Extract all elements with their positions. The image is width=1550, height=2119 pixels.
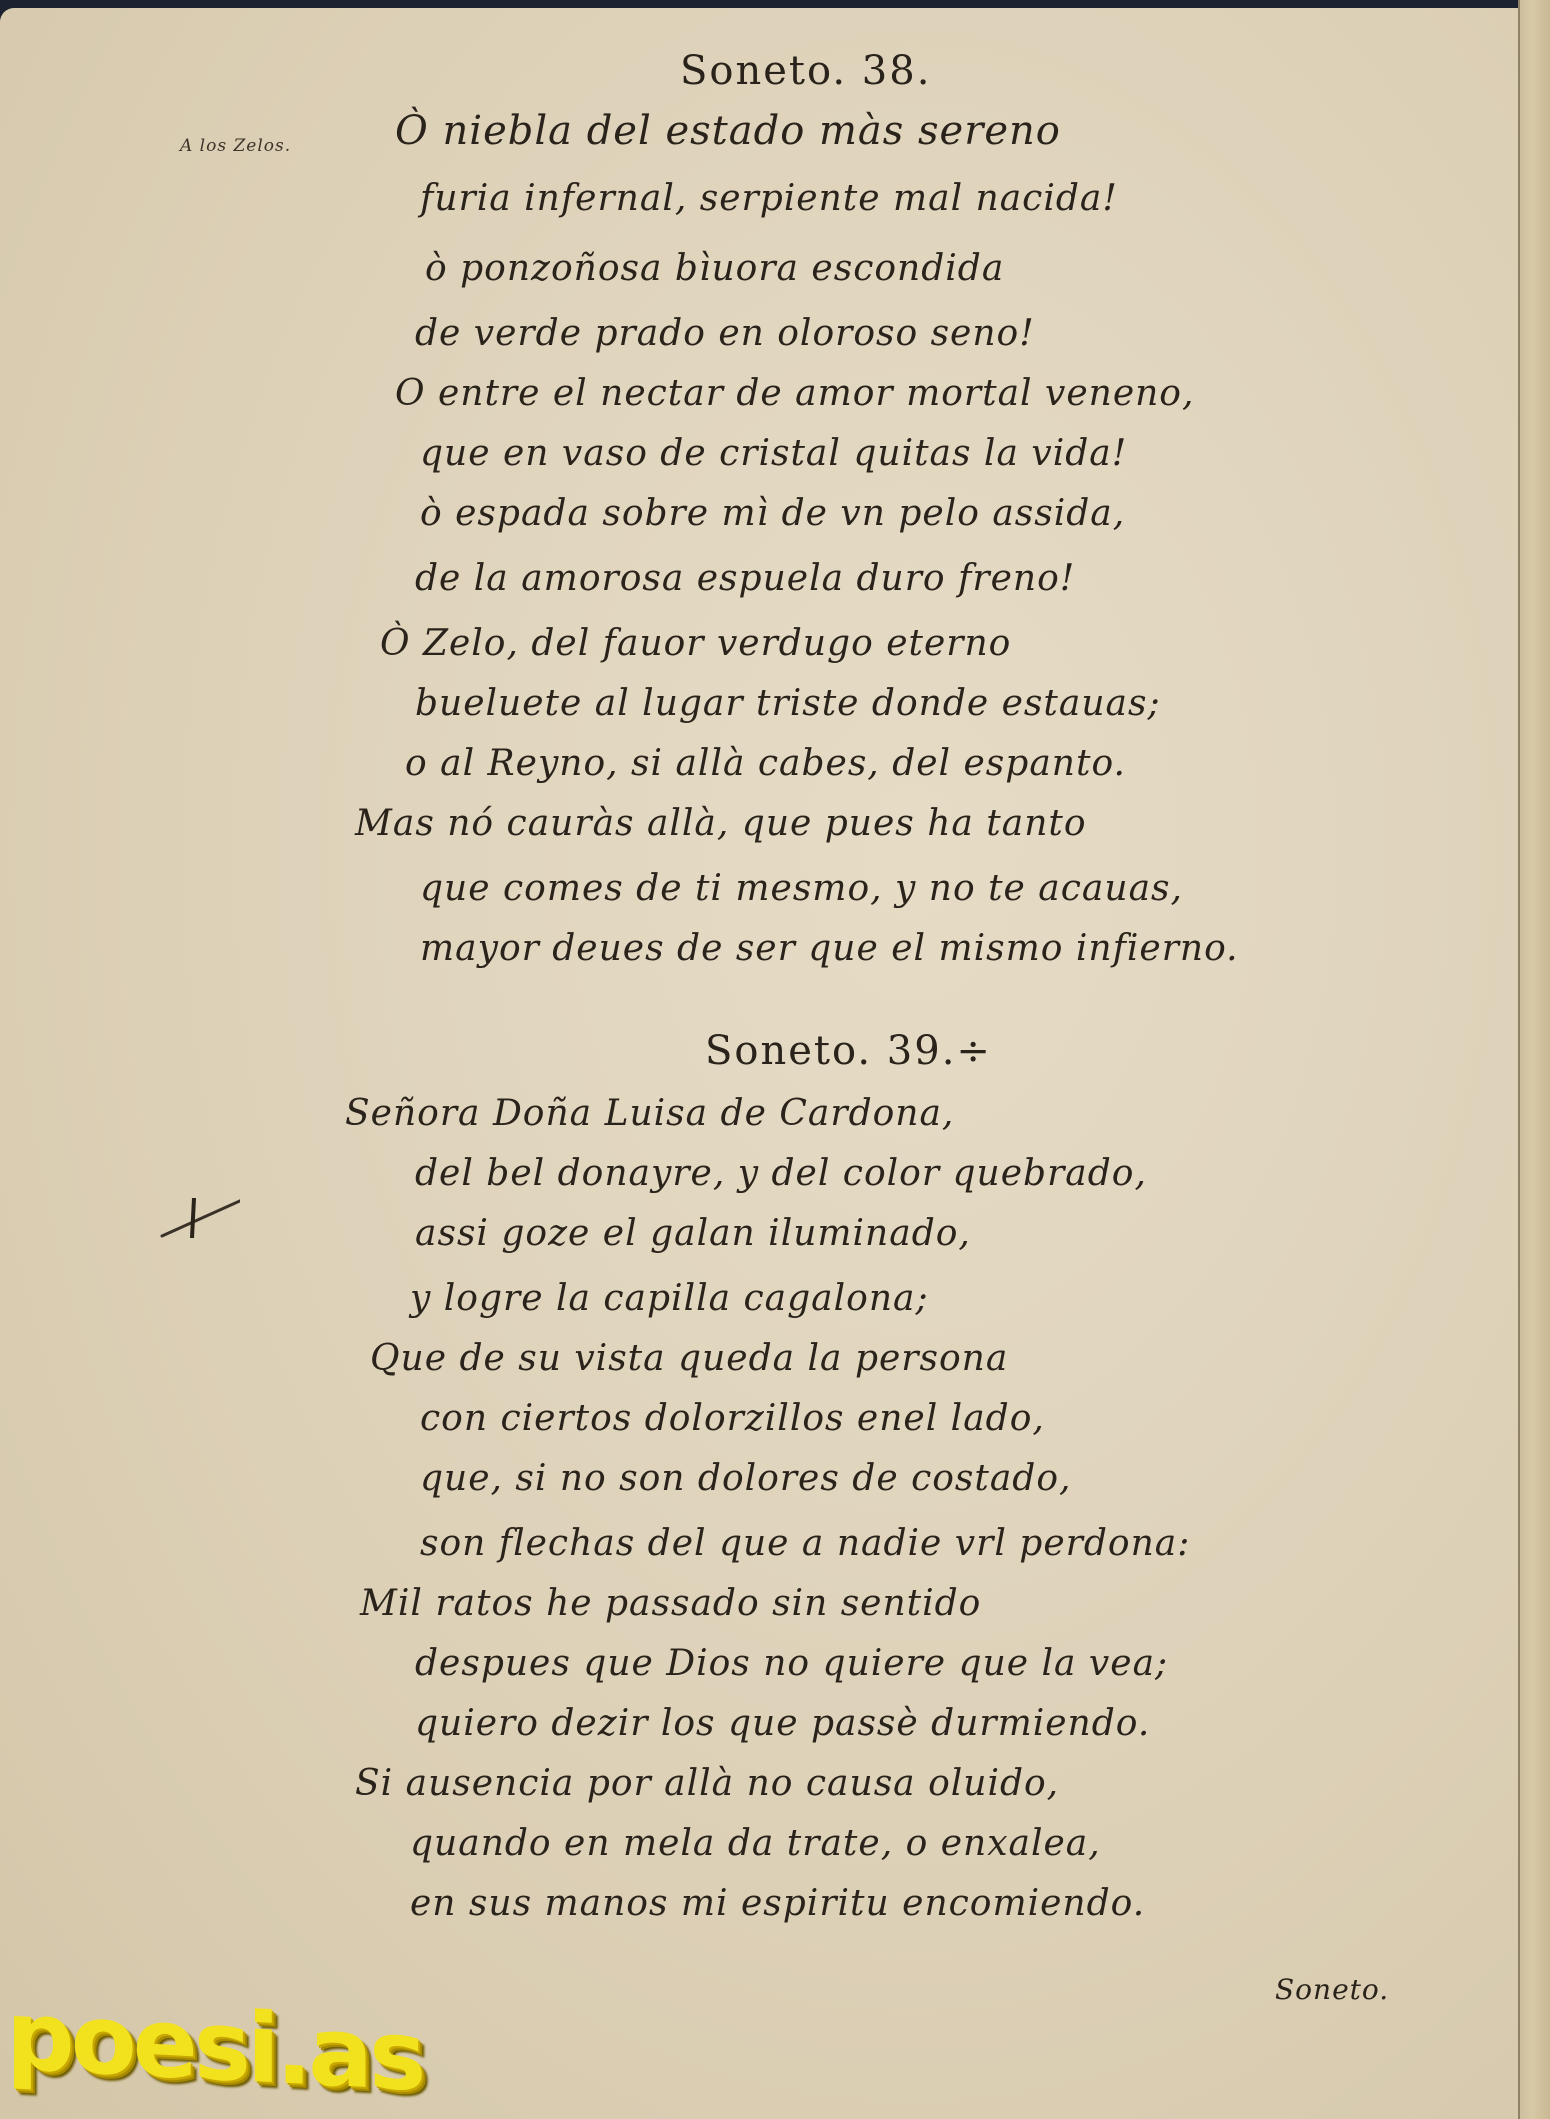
verse-line: Si ausencia por allà no causa oluido, — [355, 1763, 1059, 1804]
catchword: Soneto. — [1275, 1973, 1389, 2006]
verse-line: quando en mela da trate, o enxalea, — [410, 1823, 1101, 1864]
verse-line: assi goze el galan iluminado, — [415, 1213, 971, 1254]
verse-line: Señora Doña Luisa de Cardona, — [345, 1093, 954, 1134]
sonnet-39-title: Soneto. 39.÷ — [705, 1028, 992, 1074]
verse-line: Mil ratos he passado sin sentido — [360, 1583, 981, 1624]
manuscript-page: Soneto. 38. A los Zelos. Ò niebla del es… — [0, 8, 1520, 2119]
verse-line: o al Reyno, si allà cabes, del espanto. — [405, 743, 1126, 784]
verse-line: despues que Dios no quiere que la vea; — [415, 1643, 1168, 1684]
verse-line: Que de su vista queda la persona — [370, 1338, 1008, 1379]
verse-line: y logre la capilla cagalona; — [410, 1278, 929, 1319]
sonnet-38-title: Soneto. 38. — [680, 48, 931, 94]
margin-note: A los Zelos. — [180, 136, 291, 156]
verse-line: son flechas del que a nadie vrl perdona: — [420, 1523, 1190, 1564]
verse-line: ò ponzoñosa bìuora escondida — [425, 248, 1004, 289]
verse-line: ò espada sobre mì de vn pelo assida, — [420, 493, 1125, 534]
verse-line: con ciertos dolorzillos enel lado, — [420, 1398, 1045, 1439]
verse-line: que comes de ti mesmo, y no te acauas, — [420, 868, 1183, 909]
verse-line: que en vaso de cristal quitas la vida! — [420, 433, 1127, 474]
verse-line: furia infernal, serpiente mal nacida! — [420, 178, 1118, 219]
verse-line: del bel donayre, y del color quebrado, — [415, 1153, 1147, 1194]
verse-line: bueluete al lugar triste donde estauas; — [415, 683, 1161, 724]
watermark-logo: poesi.as — [6, 1979, 422, 2113]
page-edge — [1518, 0, 1550, 2119]
verse-line: mayor deues de ser que el mismo infierno… — [420, 928, 1239, 969]
verse-line: de la amorosa espuela duro freno! — [415, 558, 1075, 599]
verse-line: de verde prado en oloroso seno! — [415, 313, 1035, 354]
verse-line: Ò niebla del estado màs sereno — [395, 108, 1061, 154]
verse-line: O entre el nectar de amor mortal veneno, — [395, 373, 1194, 414]
verse-line: en sus manos mi espiritu encomiendo. — [410, 1883, 1145, 1924]
verse-line: Ò Zelo, del fauor verdugo eterno — [380, 623, 1011, 664]
verse-line: quiero dezir los que passè durmiendo. — [415, 1703, 1150, 1744]
cross-mark-icon — [160, 1198, 240, 1238]
verse-line: Mas nó cauràs allà, que pues ha tanto — [355, 803, 1087, 844]
verse-line: que, si no son dolores de costado, — [420, 1458, 1071, 1499]
